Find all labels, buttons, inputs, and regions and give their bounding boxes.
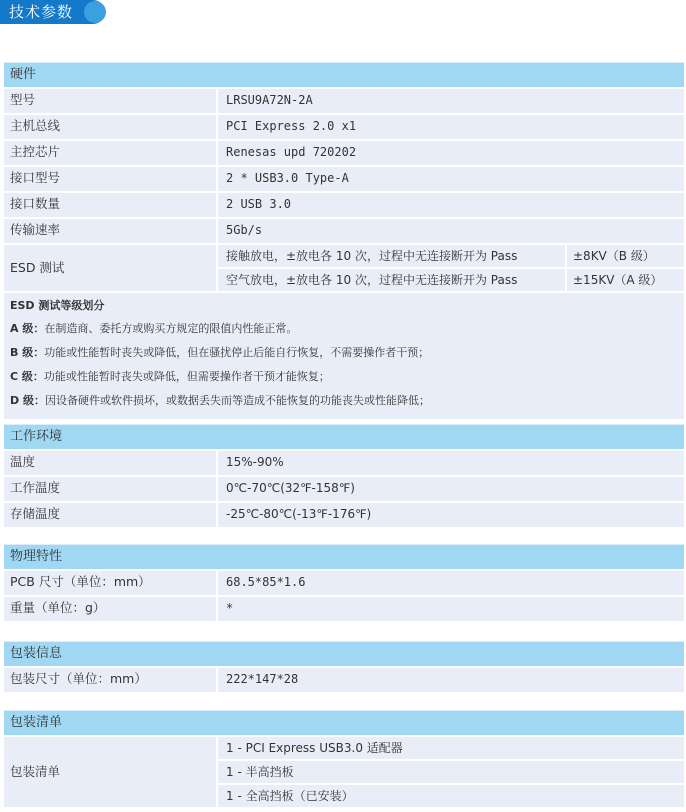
table-row: 温度 15%-90% <box>4 449 684 475</box>
table-row: 型号 LRSU9A72N-2A <box>4 87 684 113</box>
grade-text: 功能或性能暂时丧失或降低，但在骚扰停止后能自行恢复，不需要操作者干预； <box>44 346 429 359</box>
esd-grade-item: C 级：功能或性能暂时丧失或降低，但需要操作者干预才能恢复； <box>10 369 678 385</box>
table-row: PCB 尺寸（单位：mm） 68.5*85*1.6 <box>4 569 684 595</box>
package-info-section: 包装信息 包装尺寸（单位：mm） 222*147*28 <box>4 641 684 692</box>
grade-text: 功能或性能暂时丧失或降低，但需要操作者干预才能恢复； <box>44 370 330 383</box>
esd-test-row: ESD 测试 接触放电，±放电各 10 次，过程中无连接断开为 Pass ±8K… <box>4 243 684 291</box>
section-badge: 技术参数 <box>0 0 105 24</box>
row-value: 5Gb/s <box>218 219 684 243</box>
package-item-text: 1 - 全高挡板（已安装） <box>218 785 684 807</box>
esd-grades-notes: ESD 测试等级划分 A 级：在制造商、委托方或购买方规定的限值内性能正常。 B… <box>4 291 684 419</box>
row-label: 重量（单位：g） <box>4 597 218 621</box>
page-title: 技术参数 <box>9 2 73 22</box>
package-item-text: 1 - PCI Express USB3.0 适配器 <box>218 737 684 759</box>
package-list-row: 包装清单 1 - PCI Express USB3.0 适配器 1 - 半高挡板… <box>4 735 684 807</box>
esd-test-contact: 接触放电，±放电各 10 次，过程中无连接断开为 Pass ±8KV（B 级） <box>218 245 684 267</box>
row-value: Renesas upd 720202 <box>218 141 684 165</box>
row-label: 传输速率 <box>4 219 218 243</box>
row-label: 接口数量 <box>4 193 218 217</box>
row-label: 主控芯片 <box>4 141 218 165</box>
esd-test-desc: 接触放电，±放电各 10 次，过程中无连接断开为 Pass <box>218 245 567 267</box>
row-value: 2 * USB3.0 Type-A <box>218 167 684 191</box>
row-label: 包装尺寸（单位：mm） <box>4 668 218 692</box>
row-label: 型号 <box>4 89 218 113</box>
table-row: 主控芯片 Renesas upd 720202 <box>4 139 684 165</box>
esd-test-desc: 空气放电，±放电各 10 次，过程中无连接断开为 Pass <box>218 269 567 291</box>
environment-section: 工作环境 温度 15%-90% 工作温度 0℃-70℃(32℉-158℉) 存储… <box>4 424 684 527</box>
package-item: 1 - 半高挡板 <box>218 759 684 783</box>
esd-test-level: ±15KV（A 级） <box>567 269 684 291</box>
grade-label: B 级： <box>10 346 44 359</box>
row-value: 68.5*85*1.6 <box>218 571 684 595</box>
table-row: 包装尺寸（单位：mm） 222*147*28 <box>4 666 684 692</box>
row-value: 15%-90% <box>218 451 684 475</box>
esd-grades-title: ESD 测试等级划分 <box>10 297 678 315</box>
table-row: 工作温度 0℃-70℃(32℉-158℉) <box>4 475 684 501</box>
section-header: 硬件 <box>4 62 684 87</box>
section-header: 包装清单 <box>4 710 684 735</box>
package-list-section: 包装清单 包装清单 1 - PCI Express USB3.0 适配器 1 -… <box>4 710 684 807</box>
section-header: 物理特性 <box>4 544 684 569</box>
row-label: 工作温度 <box>4 477 218 501</box>
row-label: 温度 <box>4 451 218 475</box>
row-label: 包装清单 <box>4 737 218 807</box>
grade-label: D 级： <box>10 394 45 407</box>
row-value: PCI Express 2.0 x1 <box>218 115 684 139</box>
row-value: * <box>218 597 684 621</box>
row-value: 0℃-70℃(32℉-158℉) <box>218 477 684 501</box>
esd-test-level: ±8KV（B 级） <box>567 245 684 267</box>
row-value: -25℃-80℃(-13℉-176℉) <box>218 503 684 527</box>
row-value: 2 USB 3.0 <box>218 193 684 217</box>
package-item-text: 1 - 半高挡板 <box>218 761 684 783</box>
table-row: 重量（单位：g） * <box>4 595 684 621</box>
package-item: 1 - 全高挡板（已安装） <box>218 783 684 807</box>
esd-grade-item: A 级：在制造商、委托方或购买方规定的限值内性能正常。 <box>10 321 678 337</box>
grade-label: C 级： <box>10 370 44 383</box>
row-label: 主机总线 <box>4 115 218 139</box>
row-label: 接口型号 <box>4 167 218 191</box>
row-value: 222*147*28 <box>218 668 684 692</box>
section-header: 包装信息 <box>4 641 684 666</box>
table-row: 传输速率 5Gb/s <box>4 217 684 243</box>
table-row: 存储温度 -25℃-80℃(-13℉-176℉) <box>4 501 684 527</box>
section-header: 工作环境 <box>4 424 684 449</box>
circle-decoration-icon <box>84 1 106 23</box>
grade-label: A 级： <box>10 322 44 335</box>
esd-test-air: 空气放电，±放电各 10 次，过程中无连接断开为 Pass ±15KV（A 级） <box>218 267 684 291</box>
row-label: ESD 测试 <box>4 245 218 291</box>
hardware-section: 硬件 型号 LRSU9A72N-2A 主机总线 PCI Express 2.0 … <box>4 62 684 419</box>
row-label: 存储温度 <box>4 503 218 527</box>
table-row: 接口型号 2 * USB3.0 Type-A <box>4 165 684 191</box>
row-label: PCB 尺寸（单位：mm） <box>4 571 218 595</box>
package-item: 1 - PCI Express USB3.0 适配器 <box>218 737 684 759</box>
grade-text: 在制造商、委托方或购买方规定的限值内性能正常。 <box>44 322 297 335</box>
esd-grade-item: B 级：功能或性能暂时丧失或降低，但在骚扰停止后能自行恢复，不需要操作者干预； <box>10 345 678 361</box>
row-value: LRSU9A72N-2A <box>218 89 684 113</box>
physical-section: 物理特性 PCB 尺寸（单位：mm） 68.5*85*1.6 重量（单位：g） … <box>4 544 684 621</box>
esd-grade-item: D 级：因设备硬件或软件损坏，或数据丢失而等造成不能恢复的功能丧失或性能降低； <box>10 393 678 409</box>
table-row: 主机总线 PCI Express 2.0 x1 <box>4 113 684 139</box>
table-row: 接口数量 2 USB 3.0 <box>4 191 684 217</box>
grade-text: 因设备硬件或软件损坏，或数据丢失而等造成不能恢复的功能丧失或性能降低； <box>45 394 430 407</box>
